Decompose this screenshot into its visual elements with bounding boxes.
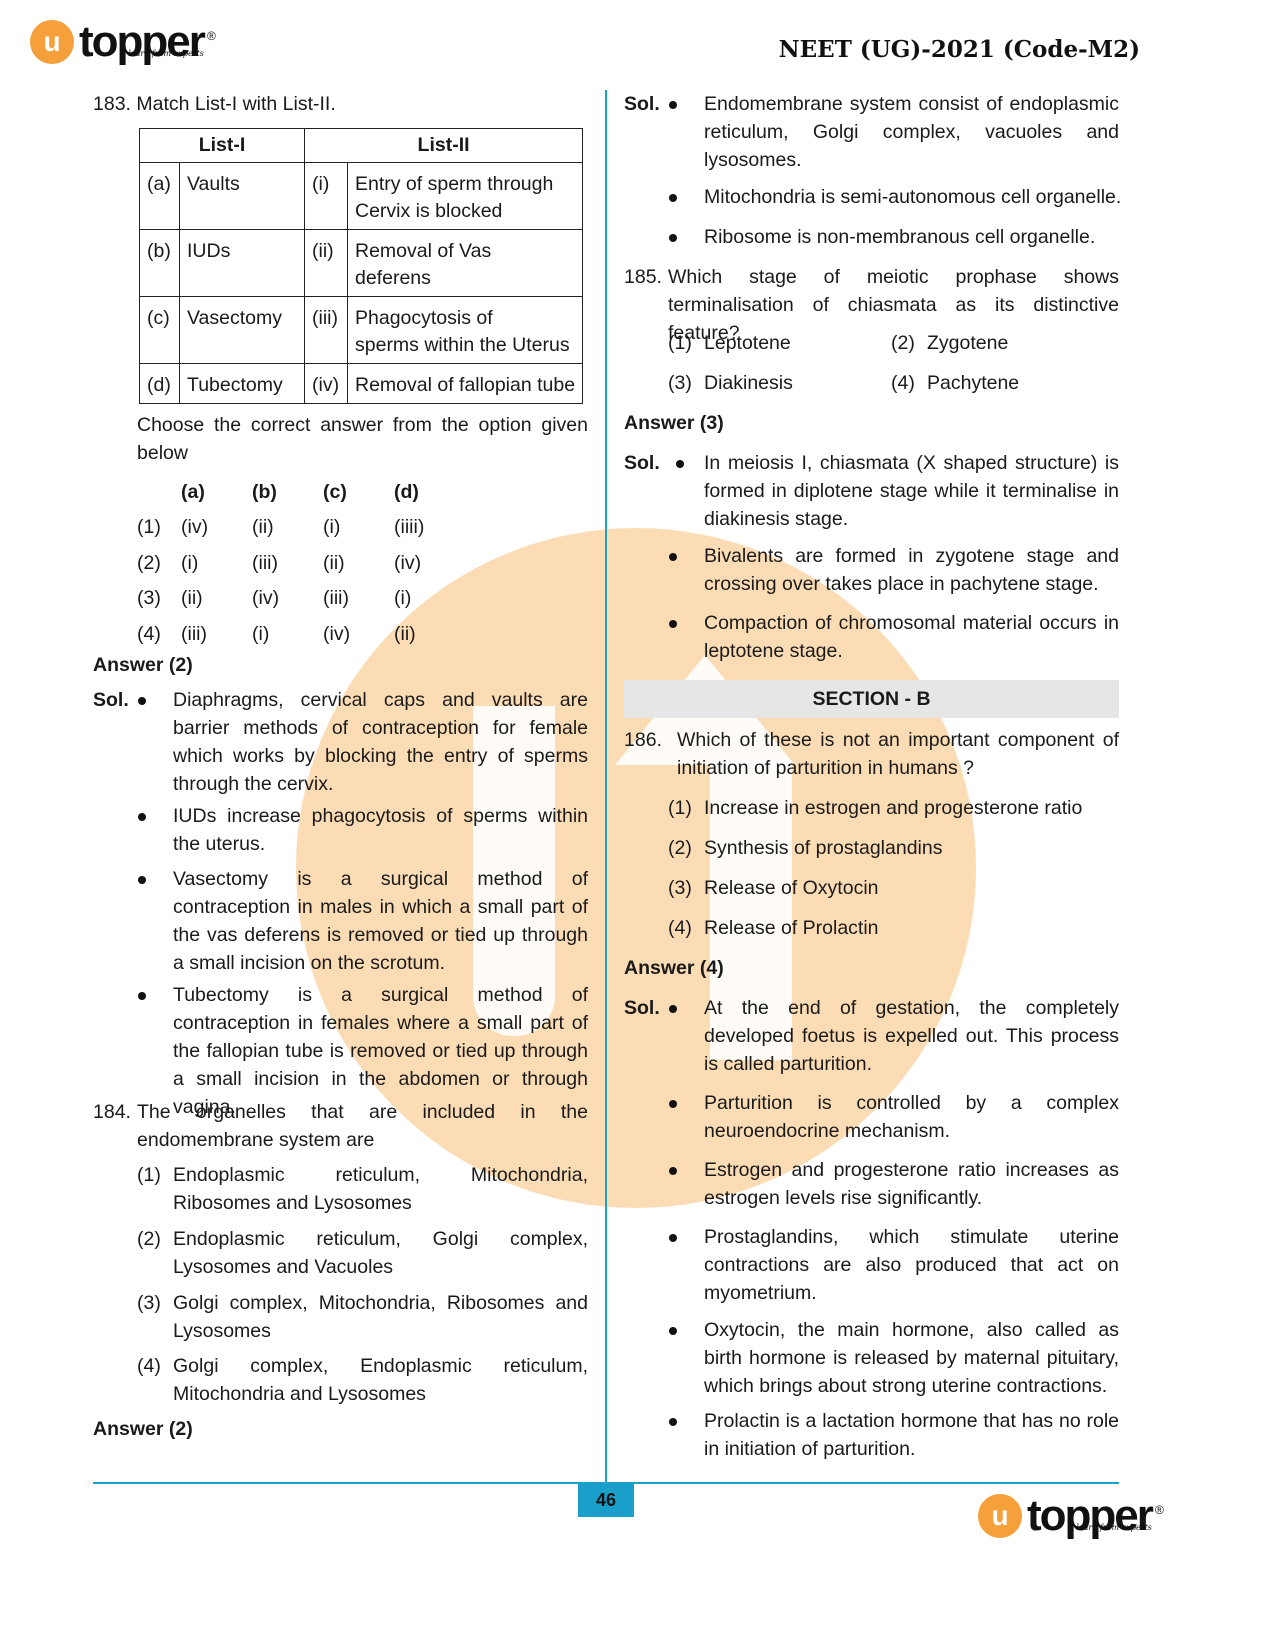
- option-text: Endoplasmic reticulum, Mitochondria, Rib…: [173, 1161, 588, 1217]
- option-text: Golgi complex, Mitochondria, Ribosomes a…: [173, 1289, 588, 1345]
- header-logo: u topper ® learn from experts: [30, 20, 204, 64]
- option-value: (iiii): [394, 513, 465, 541]
- q184-sol-label: Sol.: [624, 90, 660, 118]
- row-roman: (ii): [305, 230, 348, 297]
- q184-text: The organelles that are included in the …: [137, 1098, 588, 1154]
- bullet-icon: [138, 813, 146, 821]
- option-value: (iv): [252, 584, 323, 612]
- q186-solution-6: Prolactin is a lactation hormone that ha…: [704, 1407, 1119, 1463]
- q184-solution-3: Ribosome is non-membranous cell organell…: [704, 223, 1119, 251]
- q183-title: 183. Match List-I with List-II.: [93, 90, 336, 118]
- logo-u-icon: u: [978, 1494, 1022, 1538]
- option-text: Release of Oxytocin: [704, 874, 879, 902]
- col-b-header: (b): [252, 478, 323, 506]
- q186-option-3[interactable]: (3) Release of Oxytocin: [668, 874, 1119, 902]
- option-number: (3): [137, 1289, 173, 1345]
- bullet-icon: [138, 876, 146, 884]
- q186-option-2[interactable]: (2) Synthesis of prostaglandins: [668, 834, 1119, 862]
- option-value: (iii): [181, 620, 252, 648]
- bullet-icon: [669, 1327, 677, 1335]
- bullet-icon: [669, 620, 677, 628]
- bullet-icon: [669, 1005, 677, 1013]
- option-number: (2): [137, 549, 181, 577]
- logo-text: topper ® learn from experts: [79, 20, 204, 64]
- row-letter: (a): [140, 163, 180, 230]
- q184-number: 184.: [93, 1098, 131, 1126]
- option-number: (4): [891, 369, 927, 397]
- option-number: (2): [137, 1225, 173, 1281]
- footer-logo: u topper ® learn from experts: [978, 1494, 1152, 1538]
- q186-solution-3: Estrogen and progesterone ratio increase…: [704, 1156, 1119, 1212]
- q184-option-1[interactable]: (1) Endoplasmic reticulum, Mitochondria,…: [137, 1161, 588, 1217]
- q185-answer: Answer (3): [624, 409, 724, 437]
- option-number: (4): [137, 1352, 173, 1408]
- q183-sol-label: Sol.: [93, 686, 129, 714]
- option-text: Golgi complex, Endoplasmic reticulum, Mi…: [173, 1352, 588, 1408]
- option-value: (i): [394, 584, 465, 612]
- row-item: Vaults: [180, 163, 305, 230]
- option-text: Increase in estrogen and progesterone ra…: [704, 794, 1082, 822]
- q184-answer: Answer (2): [93, 1415, 193, 1443]
- q184-option-3[interactable]: (3) Golgi complex, Mitochondria, Ribosom…: [137, 1289, 588, 1345]
- option-number: (3): [668, 874, 704, 902]
- option-number: (1): [668, 794, 704, 822]
- row-letter: (d): [140, 364, 180, 404]
- bullet-icon: [669, 1234, 677, 1242]
- option-value: (ii): [181, 584, 252, 612]
- bullet-icon: [669, 101, 677, 109]
- question-number: 183.: [93, 93, 131, 115]
- option-row: (1) (iv) (ii) (i) (iiii): [137, 510, 465, 546]
- q184-solution-2: Mitochondria is semi-autonomous cell org…: [704, 183, 1124, 211]
- row-desc: Removal of fallopian tube: [348, 364, 583, 404]
- logo-tagline: learn from experts: [128, 32, 204, 76]
- list-ii-header: List-II: [305, 129, 583, 163]
- option-grid-header: (a) (b) (c) (d): [137, 474, 465, 510]
- col-a-header: (a): [181, 478, 252, 506]
- q185-solution-2: Bivalents are formed in zygotene stage a…: [704, 542, 1119, 598]
- bullet-icon: [669, 1167, 677, 1175]
- logo-tagline: learn from experts: [1076, 1506, 1152, 1550]
- option-number: (3): [137, 584, 181, 612]
- row-roman: (iii): [305, 297, 348, 364]
- q186-text: Which of these is not an important compo…: [677, 726, 1119, 782]
- bullet-icon: [676, 460, 684, 468]
- option-value: (iii): [323, 584, 394, 612]
- col-c-header: (c): [323, 478, 394, 506]
- q183-solution-3: Vasectomy is a surgical method of contra…: [173, 865, 588, 977]
- q184-option-4[interactable]: (4) Golgi complex, Endoplasmic reticulum…: [137, 1352, 588, 1408]
- option-text: Endoplasmic reticulum, Golgi complex, Ly…: [173, 1225, 588, 1281]
- q185-solution-3: Compaction of chromosomal material occur…: [704, 609, 1119, 665]
- q185-number: 185.: [624, 263, 662, 291]
- q186-option-4[interactable]: (4) Release of Prolactin: [668, 914, 1119, 942]
- option-number: (1): [668, 329, 704, 357]
- option-row: (4) (iii) (i) (iv) (ii): [137, 616, 465, 652]
- q186-solution-1: At the end of gestation, the completely …: [704, 994, 1119, 1078]
- bullet-icon: [669, 194, 677, 202]
- option-value: (ii): [323, 549, 394, 577]
- option-value: (iii): [252, 549, 323, 577]
- option-number: (2): [668, 834, 704, 862]
- registered-mark: ®: [1155, 1488, 1164, 1532]
- registered-mark: ®: [207, 14, 216, 58]
- row-desc: Entry of sperm throughCervix is blocked: [348, 163, 583, 230]
- q184-solution-1: Endomembrane system consist of endoplasm…: [704, 90, 1119, 174]
- list-i-header: List-I: [140, 129, 305, 163]
- option-value: (i): [181, 549, 252, 577]
- logo-text: topper ® learn from experts: [1027, 1494, 1152, 1538]
- bullet-icon: [669, 1418, 677, 1426]
- option-text: Synthesis of prostaglandins: [704, 834, 942, 862]
- logo-u-icon: u: [30, 20, 74, 64]
- option-value: (i): [252, 620, 323, 648]
- q185-option-1[interactable]: (1) Leptotene: [668, 329, 888, 357]
- option-number: (4): [668, 914, 704, 942]
- option-value: (iv): [323, 620, 394, 648]
- q186-option-1[interactable]: (1) Increase in estrogen and progesteron…: [668, 794, 1119, 822]
- q183-solution-1: Diaphragms, cervical caps and vaults are…: [173, 686, 588, 798]
- option-text: Zygotene: [927, 329, 1008, 357]
- row-letter: (b): [140, 230, 180, 297]
- row-roman: (iv): [305, 364, 348, 404]
- table-row: (a) Vaults (i) Entry of sperm throughCer…: [140, 163, 583, 230]
- row-desc: Phagocytosis ofsperms within the Uterus: [348, 297, 583, 364]
- option-text: Leptotene: [704, 329, 791, 357]
- q185-option-2[interactable]: (2) Zygotene: [891, 329, 1111, 357]
- option-number: (1): [137, 1161, 173, 1217]
- option-text: Diakinesis: [704, 369, 793, 397]
- option-value: (ii): [394, 620, 465, 648]
- option-value: (i): [323, 513, 394, 541]
- q185-option-3[interactable]: (3) Diakinesis: [668, 369, 888, 397]
- bullet-icon: [138, 697, 146, 705]
- question-text: Match List-I with List-II.: [136, 93, 335, 115]
- q186-solution-4: Prostaglandins, which stimulate uterine …: [704, 1223, 1119, 1307]
- bullet-icon: [669, 553, 677, 561]
- q186-solution-5: Oxytocin, the main hormone, also called …: [704, 1316, 1119, 1400]
- table-row: (d) Tubectomy (iv) Removal of fallopian …: [140, 364, 583, 404]
- q183-instruction: Choose the correct answer from the optio…: [137, 411, 588, 467]
- row-letter: (c): [140, 297, 180, 364]
- q185-sol-label: Sol.: [624, 449, 660, 477]
- q186-solution-2: Parturition is controlled by a complex n…: [704, 1089, 1119, 1145]
- option-number: (3): [668, 369, 704, 397]
- q185-solution-1: In meiosis I, chiasmata (X shaped struct…: [704, 449, 1119, 533]
- row-item: IUDs: [180, 230, 305, 297]
- option-row: (3) (ii) (iv) (iii) (i): [137, 581, 465, 617]
- option-number: (2): [891, 329, 927, 357]
- q183-option-grid: (a) (b) (c) (d) (1) (iv) (ii) (i) (iiii)…: [137, 474, 465, 652]
- option-row: (2) (i) (iii) (ii) (iv): [137, 545, 465, 581]
- q183-answer: Answer (2): [93, 651, 193, 679]
- row-item: Vasectomy: [180, 297, 305, 364]
- table-row: (c) Vasectomy (iii) Phagocytosis ofsperm…: [140, 297, 583, 364]
- match-table: List-I List-II (a) Vaults (i) Entry of s…: [139, 128, 583, 404]
- option-value: (iv): [181, 513, 252, 541]
- exam-title: NEET (UG)-2021 (Code-M2): [779, 36, 1140, 64]
- row-item: Tubectomy: [180, 364, 305, 404]
- bullet-icon: [138, 992, 146, 1000]
- q185-option-4[interactable]: (4) Pachytene: [891, 369, 1111, 397]
- bullet-icon: [669, 1100, 677, 1108]
- row-roman: (i): [305, 163, 348, 230]
- section-b-header: SECTION - B: [624, 680, 1119, 718]
- q186-number: 186.: [624, 726, 662, 754]
- q186-answer: Answer (4): [624, 954, 724, 982]
- page-number: 46: [578, 1483, 634, 1517]
- q186-sol-label: Sol.: [624, 994, 660, 1022]
- option-text: Release of Prolactin: [704, 914, 879, 942]
- col-d-header: (d): [394, 478, 465, 506]
- option-value: (iv): [394, 549, 465, 577]
- option-number: (1): [137, 513, 181, 541]
- q184-option-2[interactable]: (2) Endoplasmic reticulum, Golgi complex…: [137, 1225, 588, 1281]
- bullet-icon: [669, 234, 677, 242]
- option-number: (4): [137, 620, 181, 648]
- row-desc: Removal of Vasdeferens: [348, 230, 583, 297]
- q183-solution-2: IUDs increase phagocytosis of sperms wit…: [173, 802, 588, 858]
- option-text: Pachytene: [927, 369, 1019, 397]
- table-row: (b) IUDs (ii) Removal of Vasdeferens: [140, 230, 583, 297]
- option-value: (ii): [252, 513, 323, 541]
- column-divider: [605, 90, 607, 1495]
